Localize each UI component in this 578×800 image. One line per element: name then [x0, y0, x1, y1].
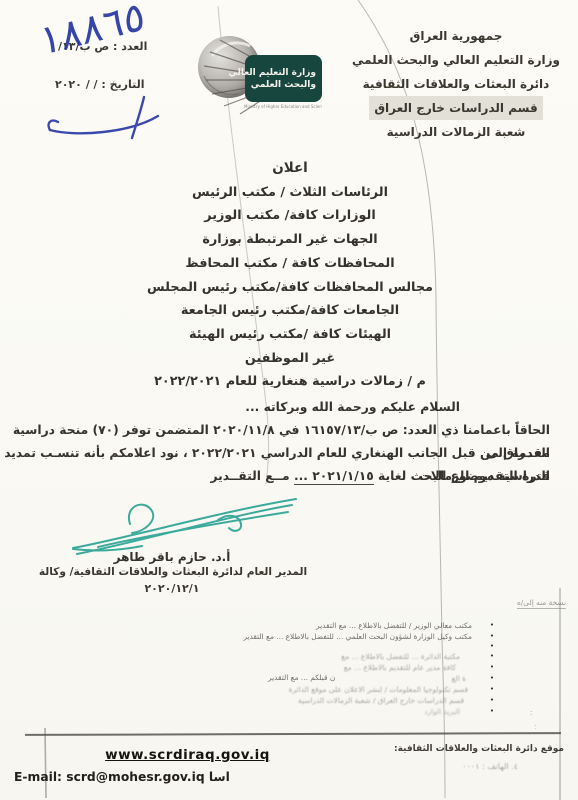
announcement-title: اعلان: [108, 157, 472, 181]
recipient-line: الوزارات كافة/ مكتب الوزير: [108, 204, 472, 228]
recipient-line: المحافظات كافة / مكتب المحافظ: [108, 252, 472, 276]
greeting-line: السلام عليكم ورحمة الله وبركاته ...: [245, 396, 460, 419]
footer-site-label: موقع دائرة البعثات والعلاقات الثقافية:: [394, 744, 564, 754]
email-note: اسا: [209, 770, 230, 784]
distribution-header: نسخة منه إلى/ه: [517, 598, 566, 609]
signatory-name: أ.د. حازم باقر طاهر: [72, 550, 272, 564]
date-scribble: [42, 92, 177, 144]
distribution-item: قسم تكنولوجيا المعلومات / لنشر الاعلان ع…: [289, 685, 468, 694]
distribution-item: كافة مدير عام للتقديم بالاطلاع ... مع: [344, 663, 456, 672]
logo-title-line2: والبحث العلمي: [251, 79, 316, 91]
email-line: E-mail: scrd@mohesr.gov.iq اسا: [14, 770, 230, 784]
distribution-bullet: •: [490, 642, 494, 650]
recipient-line: مجالس المحافظات كافة/مكتب رئيس المجلس: [108, 276, 472, 300]
distribution-item: ة الع: [452, 674, 466, 683]
distribution-side-note: ن قبلكم ... مع التقدير: [268, 673, 335, 682]
date-label: التاريخ : / / ٢٠٢٠: [55, 78, 183, 91]
announcement-block: اعلان الرئاسات الثلاث / مكتب الرئيس الوز…: [108, 157, 472, 394]
header-right-block: جمهورية العراق وزارة التعليم العالي والب…: [340, 24, 572, 144]
logo-caption: Ministry of Higher Education and Scienti…: [244, 104, 322, 109]
distribution-item: مكتب معالي الوزير / للتفضل بالاطلاع ... …: [316, 621, 472, 630]
paragraph-line3-text: الدراسية موضوع البحث لغاية: [374, 469, 550, 483]
body-paragraph-line3: الدراسية موضوع البحث لغاية ٢٠٢١/١/١٥ ...…: [210, 465, 550, 488]
ministry-logo: وزارة التعليم العالي والبحث العلمي Minis…: [198, 28, 328, 128]
distribution-item: مكتبة الدائرة ... للتفضل بالاطلاع ... مع: [341, 652, 460, 661]
email-address: E-mail: scrd@mohesr.gov.iq: [14, 770, 205, 784]
recipient-line: غير الموظفين: [108, 347, 472, 371]
logo-nameplate: وزارة التعليم العالي والبحث العلمي: [245, 55, 322, 102]
distribution-bullet: •: [490, 707, 494, 715]
signature-date: ٢٠٢٠/١٢/١: [72, 582, 272, 595]
document-page: جمهورية العراق وزارة التعليم العالي والب…: [0, 0, 578, 800]
footer-phone: ٤. الهاتف : ٠٠٠١: [462, 762, 518, 771]
distribution-bullet: •: [490, 621, 494, 629]
recipient-line: الهيئات كافة /مكتب رئيس الهيئة: [108, 323, 472, 347]
signatory-title: المدير العام لدائرة البعثات والعلاقات ال…: [28, 566, 318, 578]
distribution-item: البريد الوارد: [424, 707, 460, 716]
distribution-item: قسم الدراسات خارج العراق / شعبة الزمالات…: [298, 696, 464, 705]
logo-title-line1: وزارة التعليم العالي: [228, 67, 316, 79]
distribution-bullet: •: [490, 696, 494, 704]
website-link: www.scrdiraq.gov.iq: [85, 747, 290, 763]
header-line-division: شعبة الزمالات الدراسية: [340, 120, 572, 144]
header-line-country: جمهورية العراق: [340, 24, 572, 48]
distribution-item: مكتب وكيل الوزارة لشؤون البحث العلمي ...…: [243, 632, 472, 641]
header-line-section: قسم الدراسات خارج العراق: [340, 96, 572, 120]
distribution-bullet: •: [490, 674, 494, 682]
closing-regards: مــع التقــدير: [210, 469, 293, 483]
recipient-line: الجهات غير المرتبطة بوزارة: [108, 228, 472, 252]
artifact-colon: :: [530, 708, 533, 717]
recipient-line: الجامعات كافة/مكتب رئيس الجامعة: [108, 299, 472, 323]
header-line-department: دائرة البعثات والعلاقات الثقافية: [340, 72, 572, 96]
distribution-bullet: •: [490, 652, 494, 660]
distribution-bullet: •: [490, 685, 494, 693]
subject-line: م / زمالات دراسية هنغارية للعام ٢٠٢٢/٢٠٢…: [108, 370, 472, 394]
distribution-bullet: •: [490, 632, 494, 640]
artifact-colon: :: [534, 722, 537, 731]
recipient-line: الرئاسات الثلاث / مكتب الرئيس: [108, 181, 472, 205]
deadline-date: ٢٠٢١/١/١٥ ...: [294, 469, 374, 485]
header-line-ministry: وزارة التعليم العالي والبحث العلمي: [340, 48, 572, 72]
distribution-bullet: •: [490, 663, 494, 671]
